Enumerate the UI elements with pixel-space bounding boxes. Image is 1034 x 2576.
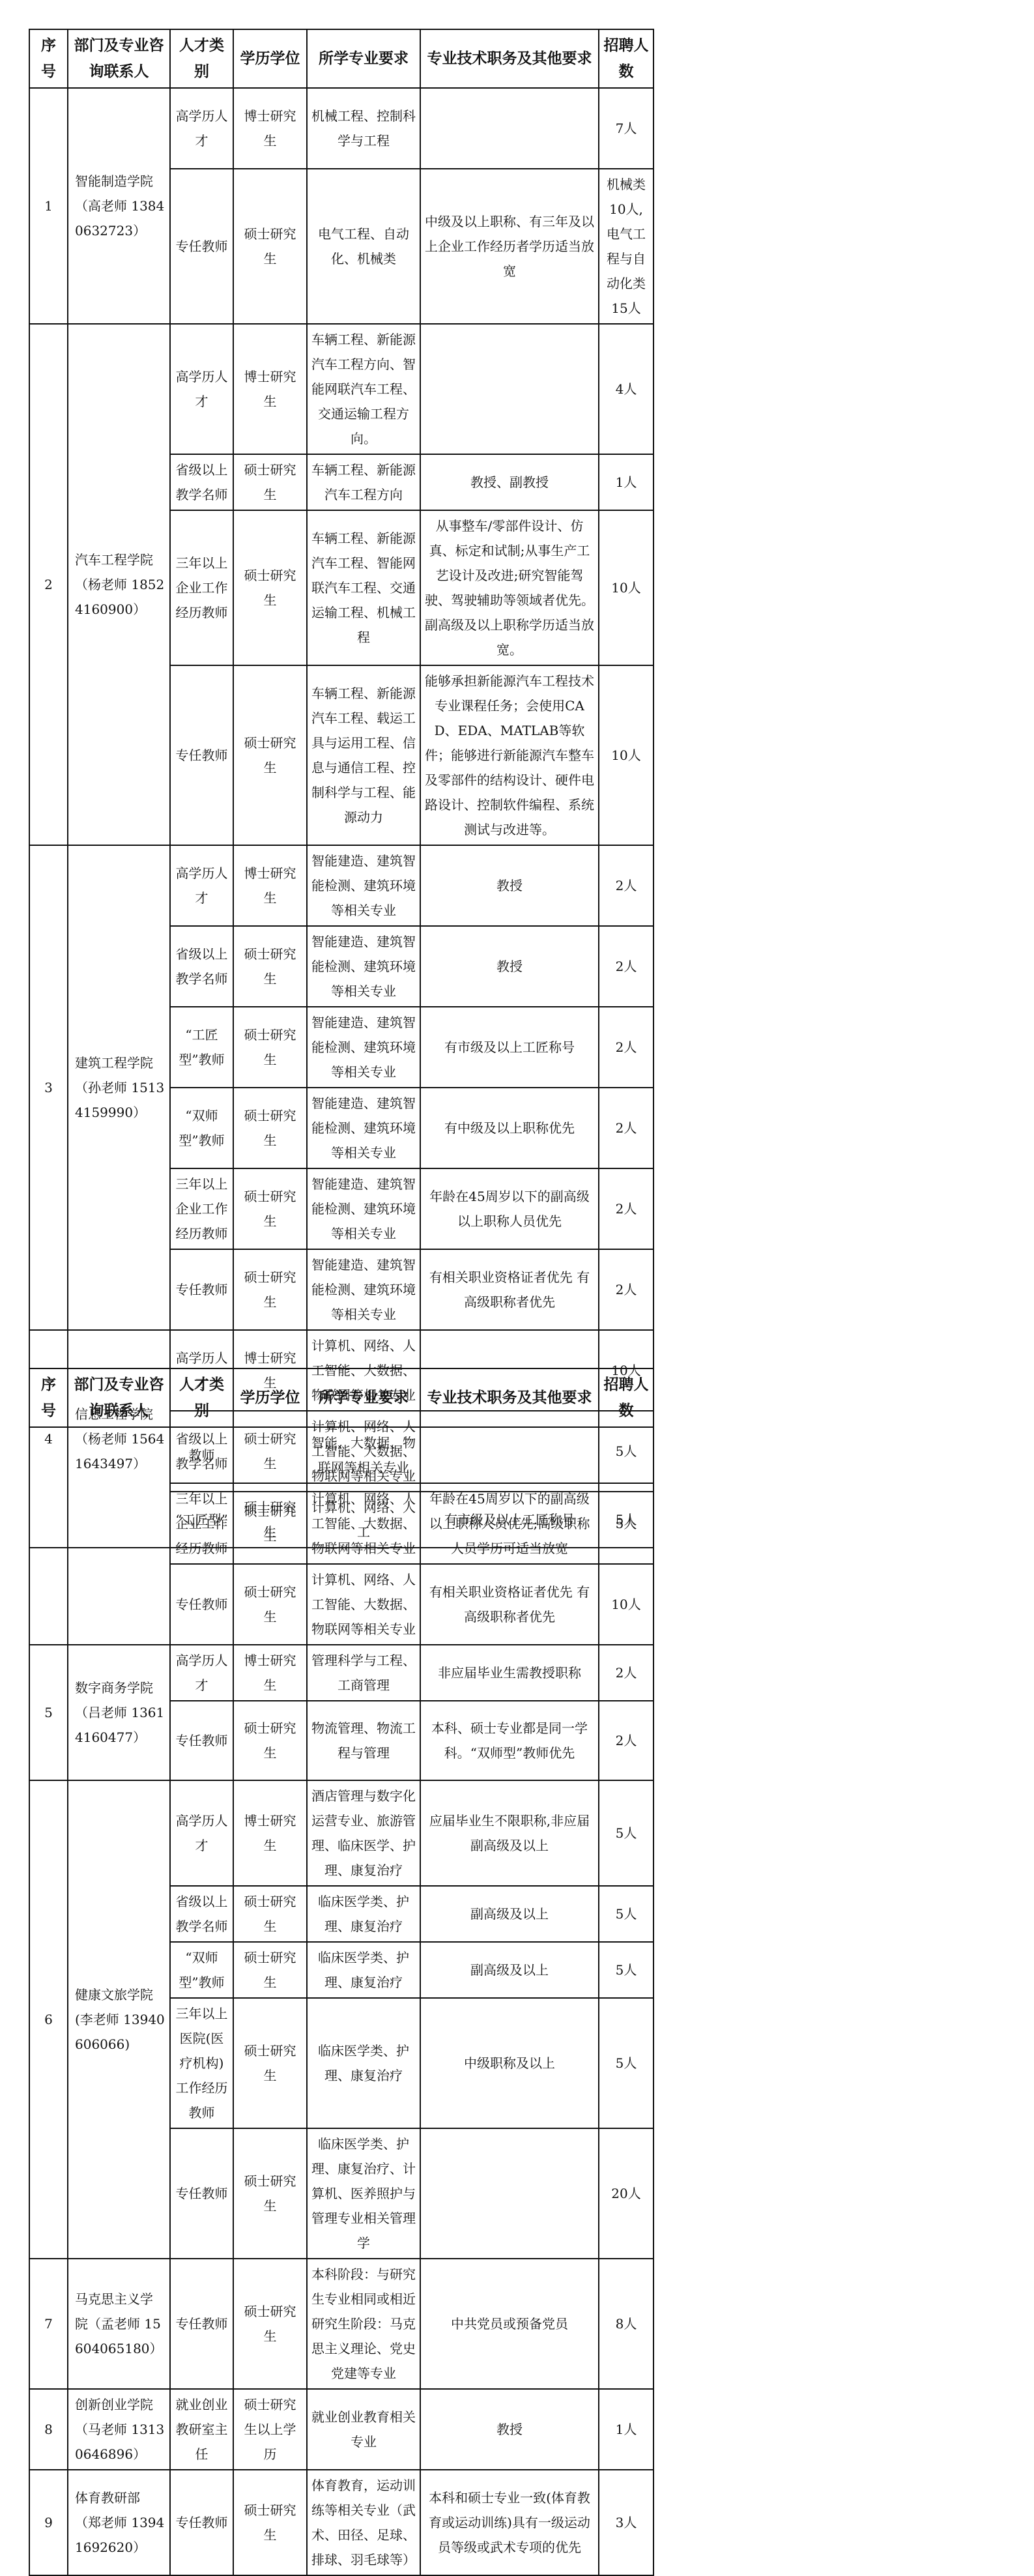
degree: 硕士研究生	[233, 1998, 307, 2128]
title-requirement: 年龄在45周岁以下的副高级以上职称人员优先;高级职称人员学历可适当放宽	[420, 1483, 599, 1564]
major-requirement: 计算机、网络、人工智能、大数据、物联网等相关专业	[307, 1483, 420, 1564]
talent-category: “工匠型”教师	[170, 1007, 233, 1088]
table-body: 1智能制造学院（高老师 13840632723）高学历人才博士研究生机械工程、控…	[29, 88, 653, 1548]
talent-category: 专任教师	[170, 169, 233, 324]
row-index: 3	[29, 845, 68, 1330]
major-requirement: 计算机、网络、人工智能、大数据、物联网等相关专业	[307, 1564, 420, 1645]
major-requirement: 车辆工程、新能源汽车工程、载运工具与运用工程、信息与通信工程、控制科学与工程、能…	[307, 665, 420, 845]
degree: 硕士研究生	[233, 1942, 307, 1998]
row-index: 2	[29, 324, 68, 845]
header-row: 序号 部门及专业咨询联系人 人才类别 学历学位 所学专业要求 专业技术职务及其他…	[29, 1368, 653, 1427]
talent-category: 教师	[170, 1427, 233, 1483]
major-requirement: 酒店管理与数字化运营专业、旅游管理、临床医学、护理、康复治疗	[307, 1780, 420, 1886]
headcount: 1人	[599, 454, 653, 510]
table-row: 6健康文旅学院(李老师 13940606066)高学历人才博士研究生酒店管理与数…	[29, 1780, 653, 1886]
degree: 硕士研究生	[233, 2470, 307, 2575]
header-talent-category: 人才类别	[170, 29, 233, 88]
title-requirement	[420, 88, 599, 169]
header-department-contact: 部门及专业咨询联系人	[68, 29, 170, 88]
headcount: 10人	[599, 665, 653, 845]
headcount: 5人	[599, 1998, 653, 2128]
major-requirement: 智能建造、建筑智能检测、建筑环境等相关专业	[307, 1088, 420, 1168]
header-degree: 学历学位	[233, 1368, 307, 1427]
headcount: 2人	[599, 845, 653, 926]
table-row: 1智能制造学院（高老师 13840632723）高学历人才博士研究生机械工程、控…	[29, 88, 653, 169]
headcount: 2人	[599, 926, 653, 1007]
degree: 硕士研究生	[233, 665, 307, 845]
headcount: 5人	[599, 1780, 653, 1886]
talent-category: 高学历人才	[170, 1780, 233, 1886]
header-index: 序号	[29, 29, 68, 88]
major-requirement: 智能建造、建筑智能检测、建筑环境等相关专业	[307, 1007, 420, 1088]
headcount: 2人	[599, 1249, 653, 1330]
major-requirement: 智能建造、建筑智能检测、建筑环境等相关专业	[307, 845, 420, 926]
title-requirement: 能够承担新能源汽车工程技术专业课程任务；会使用CAD、EDA、MATLAB等软件…	[420, 665, 599, 845]
talent-category: 专任教师	[170, 2470, 233, 2575]
department-contact: 智能制造学院（高老师 13840632723）	[68, 88, 170, 324]
row-index: 6	[29, 1780, 68, 2259]
table-body: 教师智能、大数据、物联网等相关专业三年以上企业工作经历教师硕士研究生计算机、网络…	[29, 1427, 653, 2575]
header-title-requirement: 专业技术职务及其他要求	[420, 1368, 599, 1427]
headcount: 20人	[599, 2128, 653, 2259]
headcount: 5人	[599, 1483, 653, 1564]
title-requirement	[420, 2128, 599, 2259]
title-requirement: 本科、硕士专业都是同一学科。“双师型”教师优先	[420, 1701, 599, 1780]
degree: 硕士研究生	[233, 2128, 307, 2259]
headcount: 3人	[599, 2470, 653, 2575]
major-requirement: 车辆工程、新能源汽车工程方向	[307, 454, 420, 510]
major-requirement: 智能建造、建筑智能检测、建筑环境等相关专业	[307, 1168, 420, 1249]
degree: 硕士研究生	[233, 1483, 307, 1564]
header-degree: 学历学位	[233, 29, 307, 88]
department-contact: 马克思主义学院（孟老师 15604065180）	[68, 2259, 170, 2389]
headcount: 1人	[599, 2389, 653, 2470]
title-requirement: 有相关职业资格证者优先 有高级职称者优先	[420, 1249, 599, 1330]
degree	[233, 1427, 307, 1483]
department-contact: 汽车工程学院（杨老师 18524160900）	[68, 324, 170, 845]
headcount: 8人	[599, 2259, 653, 2389]
major-requirement: 管理科学与工程、工商管理	[307, 1645, 420, 1701]
talent-category: 就业创业教研室主任	[170, 2389, 233, 2470]
title-requirement: 副高级及以上	[420, 1942, 599, 1998]
degree: 博士研究生	[233, 324, 307, 454]
talent-category: 省级以上教学名师	[170, 454, 233, 510]
row-index	[29, 1427, 68, 1645]
major-requirement: 临床医学类、护理、康复治疗	[307, 1998, 420, 2128]
talent-category: 专任教师	[170, 1249, 233, 1330]
major-requirement: 智能建造、建筑智能检测、建筑环境等相关专业	[307, 926, 420, 1007]
major-requirement: 车辆工程、新能源汽车工程、智能网联汽车工程、交通运输工程、机械工程	[307, 510, 420, 665]
talent-category: 专任教师	[170, 2128, 233, 2259]
talent-category: 高学历人才	[170, 88, 233, 169]
degree: 硕士研究生	[233, 454, 307, 510]
header-talent-category: 人才类别	[170, 1368, 233, 1427]
title-requirement	[420, 1427, 599, 1483]
headcount: 5人	[599, 1886, 653, 1942]
talent-category: “双师型”教师	[170, 1088, 233, 1168]
talent-category: 省级以上教学名师	[170, 926, 233, 1007]
recruitment-table-page-2: 序号 部门及专业咨询联系人 人才类别 学历学位 所学专业要求 专业技术职务及其他…	[29, 1368, 654, 2576]
degree: 博士研究生	[233, 1780, 307, 1886]
major-requirement: 车辆工程、新能源汽车工程方向、智能网联汽车工程、交通运输工程方向。	[307, 324, 420, 454]
row-index: 5	[29, 1645, 68, 1780]
title-requirement: 有中级及以上职称优先	[420, 1088, 599, 1168]
title-requirement: 教授、副教授	[420, 454, 599, 510]
headcount: 7人	[599, 88, 653, 169]
headcount: 2人	[599, 1701, 653, 1780]
degree: 硕士研究生	[233, 1088, 307, 1168]
title-requirement: 有市级及以上工匠称号	[420, 1007, 599, 1088]
table-row: 8创新创业学院（马老师 13130646896）就业创业教研室主任硕士研究生以上…	[29, 2389, 653, 2470]
degree: 硕士研究生	[233, 1249, 307, 1330]
header-row: 序号 部门及专业咨询联系人 人才类别 学历学位 所学专业要求 专业技术职务及其他…	[29, 29, 653, 88]
headcount: 4人	[599, 324, 653, 454]
headcount: 2人	[599, 1007, 653, 1088]
header-major-requirement: 所学专业要求	[307, 29, 420, 88]
title-requirement: 有相关职业资格证者优先 有高级职称者优先	[420, 1564, 599, 1645]
talent-category: 高学历人才	[170, 1645, 233, 1701]
header-department-contact: 部门及专业咨询联系人	[68, 1368, 170, 1427]
table-row: 7马克思主义学院（孟老师 15604065180）专任教师硕士研究生本科阶段：与…	[29, 2259, 653, 2389]
major-requirement: 临床医学类、护理、康复治疗	[307, 1886, 420, 1942]
title-requirement: 应届毕业生不限职称,非应届副高级及以上	[420, 1780, 599, 1886]
degree: 硕士研究生	[233, 1168, 307, 1249]
table-row: 5数字商务学院（吕老师 13614160477）高学历人才博士研究生管理科学与工…	[29, 1645, 653, 1701]
major-requirement: 机械工程、控制科学与工程	[307, 88, 420, 169]
headcount	[599, 1427, 653, 1483]
title-requirement: 教授	[420, 926, 599, 1007]
degree: 硕士研究生	[233, 926, 307, 1007]
talent-category: 专任教师	[170, 665, 233, 845]
talent-category: 三年以上企业工作经历教师	[170, 1168, 233, 1249]
row-index: 9	[29, 2470, 68, 2575]
title-requirement: 本科和硕士专业一致(体育教育或运动训练)具有一级运动员等级或武术专项的优先	[420, 2470, 599, 2575]
headcount: 10人	[599, 1564, 653, 1645]
degree: 硕士研究生	[233, 1007, 307, 1088]
headcount: 2人	[599, 1645, 653, 1701]
talent-category: 专任教师	[170, 2259, 233, 2389]
degree: 硕士研究生	[233, 2259, 307, 2389]
major-requirement: 电气工程、自动化、机械类	[307, 169, 420, 324]
header-index: 序号	[29, 1368, 68, 1427]
title-requirement: 中共党员或预备党员	[420, 2259, 599, 2389]
title-requirement: 非应届毕业生需教授职称	[420, 1645, 599, 1701]
major-requirement: 本科阶段：与研究生专业相同或相近 研究生阶段：马克思主义理论、党史党建等专业	[307, 2259, 420, 2389]
department-contact: 建筑工程学院（孙老师 15134159990）	[68, 845, 170, 1330]
headcount: 2人	[599, 1168, 653, 1249]
title-requirement: 教授	[420, 2389, 599, 2470]
title-requirement: 中级职称及以上	[420, 1998, 599, 2128]
row-index: 8	[29, 2389, 68, 2470]
header-headcount: 招聘人数	[599, 29, 653, 88]
header-title-requirement: 专业技术职务及其他要求	[420, 29, 599, 88]
department-contact: 体育教研部（郑老师 13941692620）	[68, 2470, 170, 2575]
degree: 博士研究生	[233, 845, 307, 926]
row-index: 1	[29, 88, 68, 324]
title-requirement: 中级及以上职称、有三年及以上企业工作经历者学历适当放宽	[420, 169, 599, 324]
title-requirement: 副高级及以上	[420, 1886, 599, 1942]
title-requirement: 从事整车/零部件设计、仿真、标定和试制;从事生产工艺设计及改进;研究智能驾驶、驾…	[420, 510, 599, 665]
talent-category: 高学历人才	[170, 324, 233, 454]
title-requirement: 年龄在45周岁以下的副高级以上职称人员优先	[420, 1168, 599, 1249]
table-row: 2汽车工程学院（杨老师 18524160900）高学历人才博士研究生车辆工程、新…	[29, 324, 653, 454]
table-row: 9体育教研部（郑老师 13941692620）专任教师硕士研究生体育教育，运动训…	[29, 2470, 653, 2575]
department-contact: 健康文旅学院(李老师 13940606066)	[68, 1780, 170, 2259]
degree: 博士研究生	[233, 88, 307, 169]
major-requirement: 临床医学类、护理、康复治疗、计算机、医养照护与管理专业相关管理学	[307, 2128, 420, 2259]
header-major-requirement: 所学专业要求	[307, 1368, 420, 1427]
department-contact: 创新创业学院（马老师 13130646896）	[68, 2389, 170, 2470]
talent-category: 三年以上医院(医疗机构)工作经历教师	[170, 1998, 233, 2128]
major-requirement: 物流管理、物流工程与管理	[307, 1701, 420, 1780]
major-requirement: 智能建造、建筑智能检测、建筑环境等相关专业	[307, 1249, 420, 1330]
department-contact	[68, 1427, 170, 1645]
talent-category: “双师型”教师	[170, 1942, 233, 1998]
degree: 博士研究生	[233, 1645, 307, 1701]
degree: 硕士研究生	[233, 510, 307, 665]
talent-category: 三年以上企业工作经历教师	[170, 510, 233, 665]
headcount: 2人	[599, 1088, 653, 1168]
department-contact: 数字商务学院（吕老师 13614160477）	[68, 1645, 170, 1780]
degree: 硕士研究生	[233, 1564, 307, 1645]
headcount: 10人	[599, 510, 653, 665]
major-requirement: 就业创业教育相关专业	[307, 2389, 420, 2470]
talent-category: 三年以上企业工作经历教师	[170, 1483, 233, 1564]
headcount: 5人	[599, 1942, 653, 1998]
talent-category: 高学历人才	[170, 845, 233, 926]
title-requirement: 教授	[420, 845, 599, 926]
major-requirement: 智能、大数据、物联网等相关专业	[307, 1427, 420, 1483]
talent-category: 省级以上教学名师	[170, 1886, 233, 1942]
talent-category: 专任教师	[170, 1701, 233, 1780]
table-row: 教师智能、大数据、物联网等相关专业	[29, 1427, 653, 1483]
title-requirement	[420, 324, 599, 454]
talent-category: 专任教师	[170, 1564, 233, 1645]
table-row: 3建筑工程学院（孙老师 15134159990）高学历人才博士研究生智能建造、建…	[29, 845, 653, 926]
header-headcount: 招聘人数	[599, 1368, 653, 1427]
row-index: 7	[29, 2259, 68, 2389]
headcount: 机械类10人,电气工程与自动化类15人	[599, 169, 653, 324]
degree: 硕士研究生以上学历	[233, 2389, 307, 2470]
degree: 硕士研究生	[233, 1701, 307, 1780]
recruitment-table-page-1: 序号 部门及专业咨询联系人 人才类别 学历学位 所学专业要求 专业技术职务及其他…	[29, 29, 654, 1548]
major-requirement: 体育教育，运动训练等相关专业（武术、田径、足球、排球、羽毛球等）	[307, 2470, 420, 2575]
degree: 硕士研究生	[233, 169, 307, 324]
major-requirement: 临床医学类、护理、康复治疗	[307, 1942, 420, 1998]
degree: 硕士研究生	[233, 1886, 307, 1942]
